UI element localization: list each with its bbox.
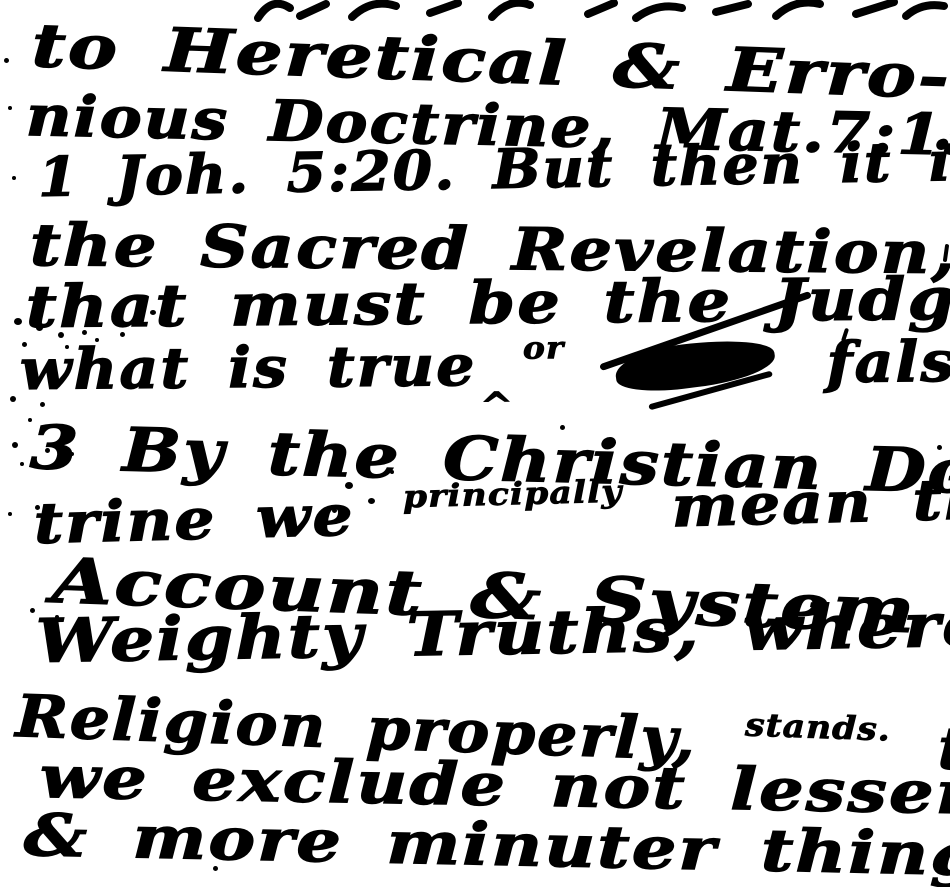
- ink-speck: [55, 615, 59, 619]
- ink-speck: [14, 318, 22, 325]
- ink-speck: [20, 462, 24, 466]
- line-text: what is true: [20, 333, 477, 403]
- manuscript-line-3: 1 Joh. 5:20. But then it is: [38, 133, 950, 204]
- ink-speck: [36, 325, 43, 331]
- ink-speck: [120, 332, 125, 337]
- ink-speck: [390, 470, 394, 474]
- ink-speck: [30, 608, 35, 613]
- ink-speck: [150, 310, 156, 315]
- ink-speck: [40, 402, 45, 407]
- line-text: mean that: [671, 464, 950, 540]
- ink-speck: [12, 176, 16, 180]
- ink-blot-strikeout: [613, 333, 778, 396]
- manuscript-line-10: Weighty Truths, wherein: [35, 594, 950, 672]
- manuscript-page: to Heretical & Erro- nious Doctrine, Mat…: [0, 0, 950, 887]
- superscript-insertion-or: or: [523, 330, 565, 366]
- ink-speck: [560, 425, 565, 430]
- ink-speck: [22, 342, 27, 347]
- manuscript-line-5: that must be the Judge: [26, 269, 950, 336]
- ink-speck: [8, 512, 12, 516]
- ink-speck: [45, 448, 50, 453]
- insertion-caret: ^: [480, 388, 515, 424]
- ink-speck: [8, 106, 12, 110]
- manuscript-line-13: & more minuter things,: [23, 806, 950, 885]
- ink-speck: [58, 332, 64, 338]
- ink-speck: [345, 482, 353, 489]
- superscript-insertion-stands: stands.: [745, 705, 892, 748]
- ink-speck: [95, 338, 99, 342]
- ink-speck: [937, 445, 942, 450]
- ink-speck: [82, 330, 87, 335]
- ink-speck: [10, 396, 16, 402]
- manuscript-line-6: what is true or false. ^: [20, 329, 950, 398]
- superscript-insertion-principally: principally: [402, 474, 622, 516]
- ink-speck: [12, 442, 18, 448]
- ink-speck: [941, 462, 944, 465]
- ink-speck: [65, 345, 69, 349]
- ink-speck: [28, 418, 32, 422]
- ink-speck: [4, 58, 9, 63]
- ink-speck: [70, 452, 74, 456]
- ink-speck: [213, 866, 218, 871]
- ink-speck: [368, 498, 375, 504]
- ink-speck: [332, 508, 337, 513]
- ink-speck: [35, 505, 40, 510]
